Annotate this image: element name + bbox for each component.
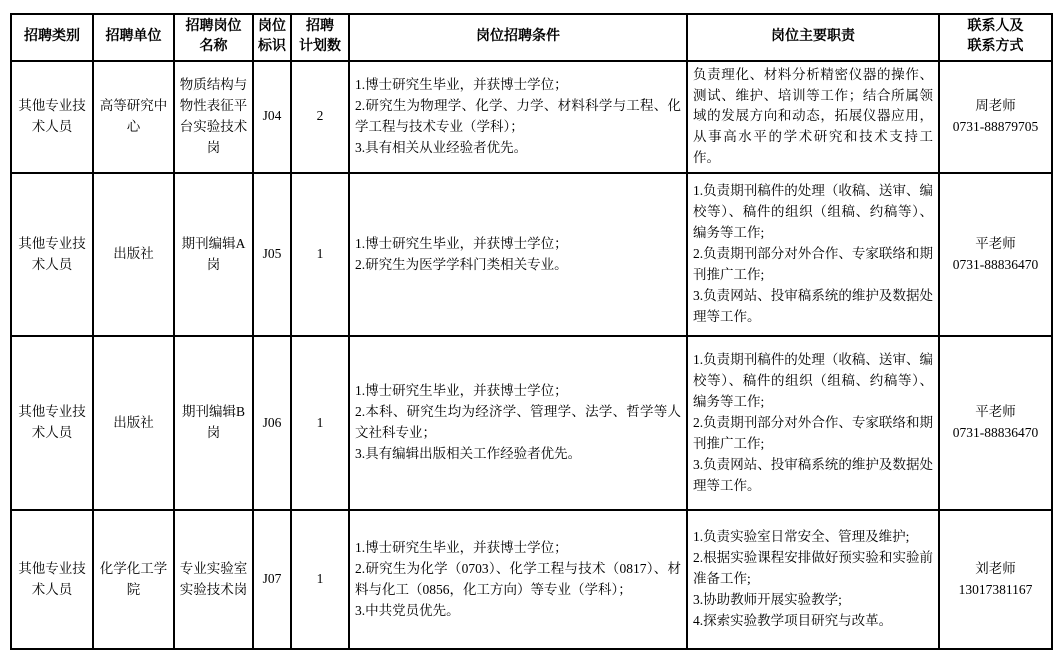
recruitment-table: 招聘类别 招聘单位 招聘岗位 名称 岗位 标识 招聘 计划数 岗位招聘条件 岗位… — [10, 13, 1053, 650]
cell-conditions: 1.博士研究生毕业，并获博士学位； 2.研究生为化学（0703）、化学工程与技术… — [349, 510, 687, 649]
col-header-responsibilities: 岗位主要职责 — [687, 14, 939, 61]
cell-code: J05 — [253, 173, 291, 336]
cell-category: 其他专业技术人员 — [11, 173, 93, 336]
cell-responsibilities: 1.负责实验室日常安全、管理及维护; 2.根据实验课程安排做好预实验和实验前准备… — [687, 510, 939, 649]
cell-position: 期刊编辑B岗 — [174, 336, 253, 510]
col-header-category: 招聘类别 — [11, 14, 93, 61]
cell-conditions: 1.博士研究生毕业，并获博士学位； 2.研究生为物理学、化学、力学、材料科学与工… — [349, 61, 687, 174]
cell-unit: 出版社 — [93, 336, 174, 510]
cell-category: 其他专业技术人员 — [11, 61, 93, 174]
col-header-code: 岗位 标识 — [253, 14, 291, 61]
cell-count: 1 — [291, 173, 349, 336]
cell-unit: 化学化工学院 — [93, 510, 174, 649]
cell-code: J04 — [253, 61, 291, 174]
cell-contact: 周老师 0731-88879705 — [939, 61, 1052, 174]
cell-category: 其他专业技术人员 — [11, 510, 93, 649]
col-header-unit: 招聘单位 — [93, 14, 174, 61]
cell-contact: 刘老师 13017381167 — [939, 510, 1052, 649]
table-row: 其他专业技术人员 出版社 期刊编辑B岗 J06 1 1.博士研究生毕业，并获博士… — [11, 336, 1052, 510]
cell-conditions: 1.博士研究生毕业，并获博士学位； 2.研究生为医学学科门类相关专业。 — [349, 173, 687, 336]
cell-unit: 高等研究中心 — [93, 61, 174, 174]
cell-code: J06 — [253, 336, 291, 510]
cell-responsibilities: 负责理化、材料分析精密仪器的操作、测试、维护、培训等工作；结合所属领域的发展方向… — [687, 61, 939, 174]
cell-responsibilities: 1.负责期刊稿件的处理（收稿、送审、编校等）、稿件的组织（组稿、约稿等）、编务等… — [687, 336, 939, 510]
table-row: 其他专业技术人员 出版社 期刊编辑A岗 J05 1 1.博士研究生毕业，并获博士… — [11, 173, 1052, 336]
document-page: 招聘类别 招聘单位 招聘岗位 名称 岗位 标识 招聘 计划数 岗位招聘条件 岗位… — [0, 0, 1059, 641]
cell-responsibilities: 1.负责期刊稿件的处理（收稿、送审、编校等）、稿件的组织（组稿、约稿等）、编务等… — [687, 173, 939, 336]
cell-category: 其他专业技术人员 — [11, 336, 93, 510]
col-header-count: 招聘 计划数 — [291, 14, 349, 61]
cell-contact: 平老师 0731-88836470 — [939, 336, 1052, 510]
cell-count: 1 — [291, 336, 349, 510]
col-header-contact: 联系人及 联系方式 — [939, 14, 1052, 61]
table-header-row: 招聘类别 招聘单位 招聘岗位 名称 岗位 标识 招聘 计划数 岗位招聘条件 岗位… — [11, 14, 1052, 61]
cell-count: 2 — [291, 61, 349, 174]
cell-position: 期刊编辑A岗 — [174, 173, 253, 336]
cell-position: 专业实验室实验技术岗 — [174, 510, 253, 649]
table-row: 其他专业技术人员 化学化工学院 专业实验室实验技术岗 J07 1 1.博士研究生… — [11, 510, 1052, 649]
cell-position: 物质结构与物性表征平台实验技术岗 — [174, 61, 253, 174]
cell-count: 1 — [291, 510, 349, 649]
table-row: 其他专业技术人员 高等研究中心 物质结构与物性表征平台实验技术岗 J04 2 1… — [11, 61, 1052, 174]
col-header-conditions: 岗位招聘条件 — [349, 14, 687, 61]
cell-code: J07 — [253, 510, 291, 649]
cell-unit: 出版社 — [93, 173, 174, 336]
cell-conditions: 1.博士研究生毕业，并获博士学位； 2.本科、研究生均为经济学、管理学、法学、哲… — [349, 336, 687, 510]
cell-contact: 平老师 0731-88836470 — [939, 173, 1052, 336]
col-header-position: 招聘岗位 名称 — [174, 14, 253, 61]
